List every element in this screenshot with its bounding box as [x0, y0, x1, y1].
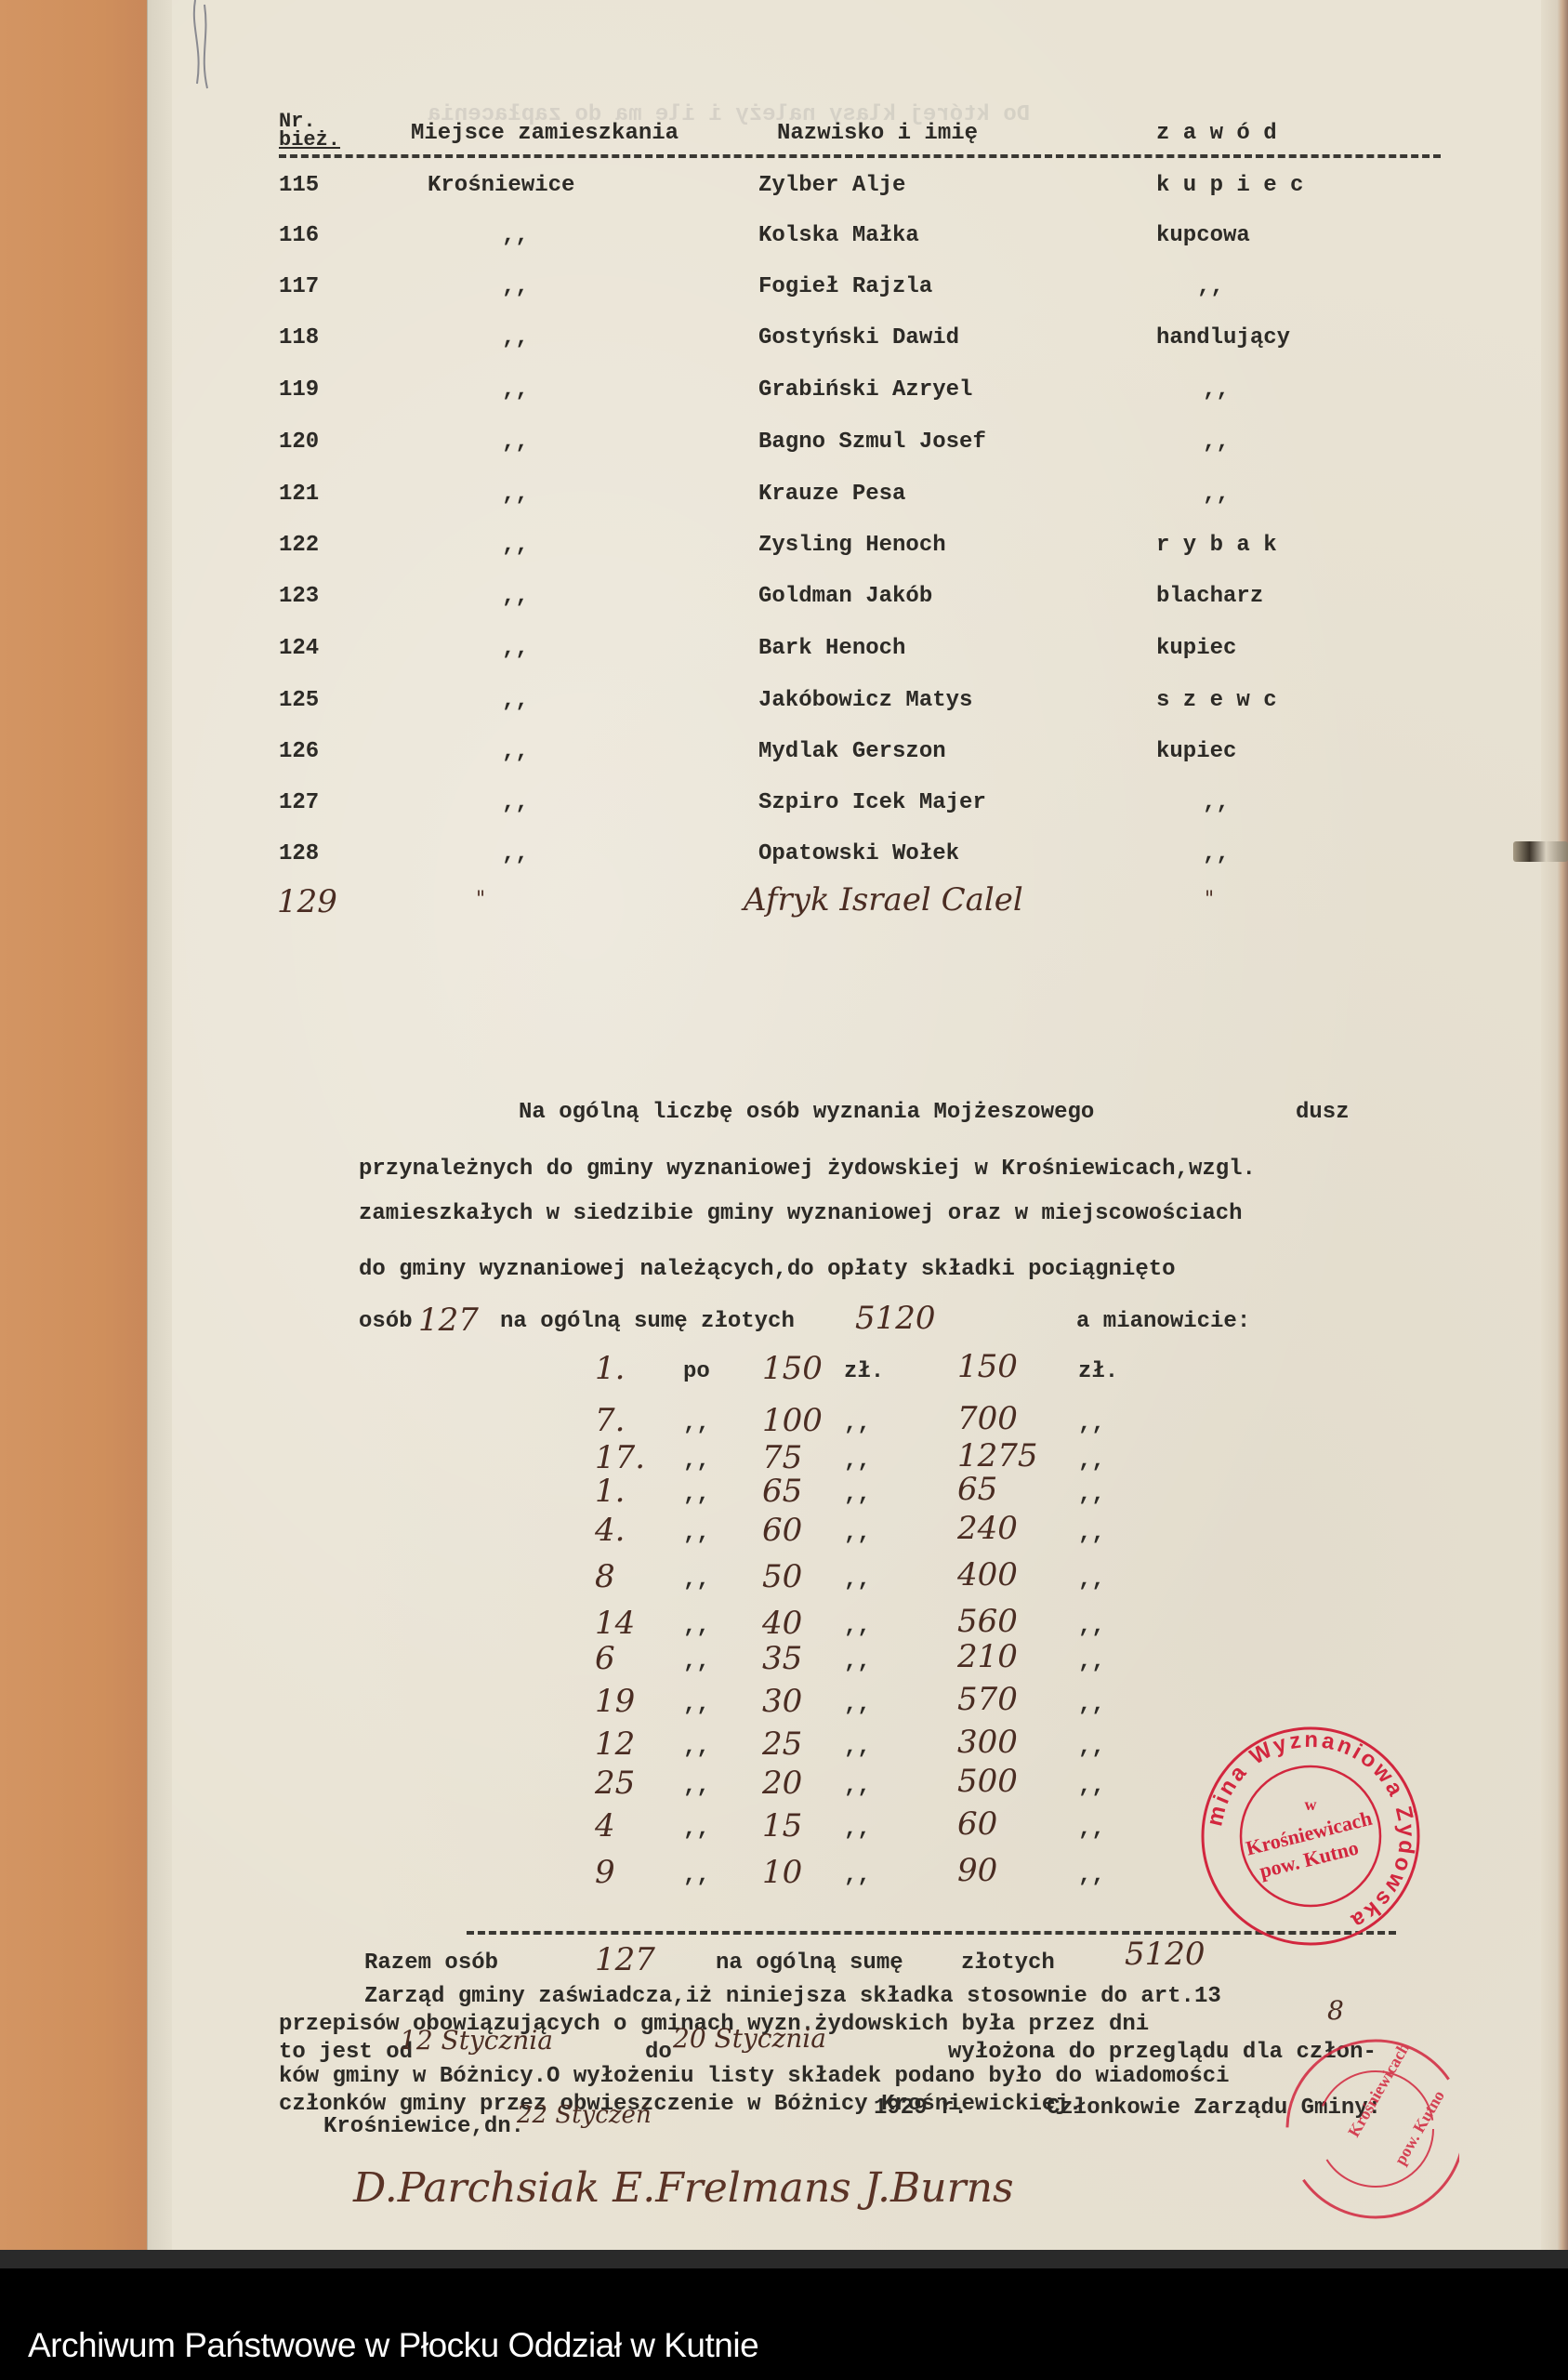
row-nr: 116 — [279, 223, 319, 248]
total-currency: złotych — [961, 1950, 1055, 1976]
breakdown-po: ,, — [683, 1817, 710, 1842]
cert-place-date: Krośniewice,dn. — [323, 2114, 524, 2139]
row-residence: ,, — [502, 325, 529, 350]
breakdown-total: 210 — [957, 1638, 1018, 1675]
total-mid: na ogólną sumę — [716, 1950, 903, 1976]
breakdown-po: po — [683, 1359, 710, 1384]
row-occupation: ,, — [1197, 274, 1224, 299]
breakdown-zl: ,, — [844, 1448, 871, 1474]
row-nr: 123 — [279, 584, 319, 609]
breakdown-rate: 35 — [762, 1640, 802, 1677]
row-name: Grabiński Azryel — [758, 377, 972, 403]
binder-cover — [0, 0, 149, 2264]
breakdown-count: 8 — [595, 1558, 615, 1595]
breakdown-po: ,, — [683, 1863, 710, 1888]
row-occupation: kupcowa — [1156, 223, 1250, 248]
corner-pencil-mark — [177, 0, 223, 93]
total-sum: 5120 — [1125, 1936, 1206, 1973]
breakdown-zl-total: zł. — [1078, 1359, 1118, 1384]
breakdown-count: 19 — [595, 1683, 635, 1720]
total-persons: 127 — [595, 1941, 655, 1978]
header-name: Nazwisko i imię — [777, 121, 978, 146]
breakdown-rate: 60 — [762, 1512, 802, 1549]
breakdown-zl: ,, — [844, 1482, 871, 1507]
breakdown-rate: 75 — [762, 1439, 802, 1476]
breakdown-zl: ,, — [844, 1735, 871, 1760]
row-residence: ,, — [502, 790, 529, 815]
summary-line: zamieszkałych w siedzibie gminy wyznanio… — [359, 1201, 1243, 1226]
row-name: Szpiro Icek Majer — [758, 790, 986, 815]
row-residence: ,, — [502, 584, 529, 609]
breakdown-rate: 150 — [762, 1350, 823, 1387]
breakdown-po: ,, — [683, 1448, 710, 1474]
row-name: Opatowski Wołek — [758, 841, 959, 866]
signatures: D.Parchsiak E.Frelmans J.Burns — [353, 2164, 1014, 2212]
breakdown-po: ,, — [683, 1614, 710, 1639]
breakdown-count: 4. — [595, 1512, 625, 1549]
row-residence: ,, — [502, 688, 529, 713]
row-residence: ,, — [502, 377, 529, 403]
row-residence: Krośniewice — [428, 173, 574, 198]
cert-line: to jest od — [279, 2040, 413, 2065]
svg-text:Krośniewicach: Krośniewicach — [1344, 2040, 1413, 2140]
breakdown-count: 1. — [595, 1350, 625, 1387]
breakdown-po: ,, — [683, 1411, 710, 1436]
breakdown-zl: ,, — [844, 1521, 871, 1546]
row-residence: ,, — [502, 223, 529, 248]
row-residence: " — [476, 888, 485, 911]
breakdown-total: 240 — [957, 1510, 1018, 1547]
summary-line: osób — [359, 1309, 413, 1334]
row-occupation: r y b a k — [1156, 533, 1277, 558]
row-occupation: " — [1205, 888, 1214, 911]
breakdown-rate: 40 — [762, 1605, 802, 1642]
breakdown-rate: 20 — [762, 1765, 802, 1802]
breakdown-zl: ,, — [844, 1649, 871, 1674]
summary-line: do gminy wyznaniowej należących,do opłat… — [359, 1257, 1176, 1282]
breakdown-rate: 15 — [762, 1807, 802, 1844]
row-nr: 122 — [279, 533, 319, 558]
row-name: Bark Henoch — [758, 636, 905, 661]
row-residence: ,, — [502, 430, 529, 455]
breakdown-zl: ,, — [844, 1863, 871, 1888]
breakdown-zl-total: ,, — [1078, 1614, 1105, 1639]
breakdown-zl: ,, — [844, 1817, 871, 1842]
row-occupation: ,, — [1203, 377, 1230, 403]
breakdown-total: 60 — [957, 1805, 997, 1843]
breakdown-count: 4 — [595, 1807, 615, 1844]
breakdown-zl-total: ,, — [1078, 1448, 1105, 1474]
breakdown-total: 65 — [957, 1471, 997, 1508]
row-nr: 126 — [279, 739, 319, 764]
row-name: Mydlak Gerszon — [758, 739, 946, 764]
row-name: Bagno Szmul Josef — [758, 430, 986, 455]
breakdown-total: 700 — [957, 1400, 1018, 1437]
breakdown-zl-total: ,, — [1078, 1649, 1105, 1674]
breakdown-po: ,, — [683, 1567, 710, 1593]
row-nr: 120 — [279, 430, 319, 455]
row-residence: ,, — [502, 533, 529, 558]
summary-line: Na ogólną liczbę osób wyznania Mojżeszow… — [519, 1100, 1094, 1125]
row-nr: 117 — [279, 274, 319, 299]
breakdown-count: 7. — [595, 1402, 625, 1439]
breakdown-zl-total: ,, — [1078, 1567, 1105, 1593]
row-name: Zysling Henoch — [758, 533, 946, 558]
row-name: Kolska Małka — [758, 223, 919, 248]
breakdown-po: ,, — [683, 1482, 710, 1507]
breakdown-total: 150 — [957, 1348, 1018, 1385]
breakdown-count: 14 — [595, 1605, 635, 1642]
breakdown-total: 570 — [957, 1681, 1018, 1718]
breakdown-rate: 65 — [762, 1473, 802, 1510]
row-occupation: kupiec — [1156, 739, 1236, 764]
breakdown-zl: zł. — [844, 1359, 884, 1384]
breakdown-total: 500 — [957, 1763, 1018, 1800]
cert-date-hand: 22 Styczeń — [517, 2101, 652, 2129]
svg-text:pow. Kutno: pow. Kutno — [1390, 2087, 1448, 2168]
total-sum: 5120 — [855, 1300, 936, 1337]
binding-clip — [1513, 841, 1568, 862]
row-occupation: ,, — [1203, 482, 1230, 507]
row-occupation: ,, — [1203, 790, 1230, 815]
row-name: Afryk Israel Calel — [744, 881, 1023, 919]
row-name: Jakóbowicz Matys — [758, 688, 972, 713]
breakdown-rate: 100 — [762, 1402, 823, 1439]
row-residence: ,, — [502, 274, 529, 299]
cert-line: Zarząd gminy zaświadcza,iż niniejsza skł… — [364, 1984, 1221, 2009]
breakdown-total: 90 — [957, 1852, 997, 1889]
breakdown-zl-total: ,, — [1078, 1411, 1105, 1436]
official-stamp: Gmina Wyznaniowa Żydowska w Krośniewicac… — [1199, 1725, 1422, 1948]
breakdown-zl: ,, — [844, 1614, 871, 1639]
archive-credit: Archiwum Państwowe w Płocku Oddział w Ku… — [28, 2326, 758, 2365]
header-occupation: z a w ó d — [1156, 121, 1277, 146]
row-nr: 125 — [279, 688, 319, 713]
row-nr: 119 — [279, 377, 319, 403]
row-nr: 124 — [279, 636, 319, 661]
breakdown-count: 9 — [595, 1854, 615, 1891]
breakdown-count: 6 — [595, 1640, 615, 1677]
row-residence: ,, — [502, 841, 529, 866]
header-residence: Miejsce zamieszkania — [411, 121, 679, 146]
header-divider — [279, 154, 1441, 158]
summary-line: a mianowicie: — [1076, 1309, 1250, 1334]
breakdown-total: 400 — [957, 1556, 1018, 1593]
breakdown-zl: ,, — [844, 1692, 871, 1717]
breakdown-count: 12 — [595, 1725, 635, 1763]
breakdown-po: ,, — [683, 1692, 710, 1717]
summary-line: przynależnych do gminy wyznaniowej żydow… — [359, 1157, 1256, 1182]
row-occupation: k u p i e c — [1156, 173, 1303, 198]
cert-date-from: 12 Stycznia — [400, 2025, 553, 2056]
breakdown-po: ,, — [683, 1521, 710, 1546]
row-nr: 129 — [277, 883, 337, 920]
breakdown-zl-total: ,, — [1078, 1863, 1105, 1888]
row-occupation: blacharz — [1156, 584, 1263, 609]
row-occupation: ,, — [1203, 430, 1230, 455]
row-residence: ,, — [502, 636, 529, 661]
footer-bar: Archiwum Państwowe w Płocku Oddział w Ku… — [0, 2268, 1568, 2380]
row-nr: 127 — [279, 790, 319, 815]
breakdown-zl-total: ,, — [1078, 1774, 1105, 1799]
row-name: Krauze Pesa — [758, 482, 905, 507]
cert-year: 1929 r. — [874, 2096, 968, 2121]
header-biez: bież. — [279, 128, 340, 152]
breakdown-rate: 30 — [762, 1683, 802, 1720]
row-name: Gostyński Dawid — [758, 325, 959, 350]
row-residence: ,, — [502, 482, 529, 507]
official-stamp-partial: Krośniewicach pow. Kutno — [1273, 1980, 1459, 2278]
breakdown-rate: 10 — [762, 1854, 802, 1891]
row-nr: 128 — [279, 841, 319, 866]
breakdown-po: ,, — [683, 1649, 710, 1674]
persons-count: 127 — [418, 1302, 479, 1339]
summary-line: dusz — [1296, 1100, 1350, 1125]
total-label: Razem osób — [364, 1950, 498, 1976]
breakdown-count: 1. — [595, 1473, 625, 1510]
row-occupation: ,, — [1203, 841, 1230, 866]
page-right-edge — [1541, 0, 1568, 2264]
stamp-w: w — [1305, 1795, 1317, 1814]
row-occupation: kupiec — [1156, 636, 1236, 661]
row-name: Zylber Alje — [758, 173, 905, 198]
page-bottom-edge — [0, 2250, 1568, 2268]
row-name: Goldman Jakób — [758, 584, 932, 609]
breakdown-count: 17. — [595, 1439, 645, 1476]
cert-line: ków gminy w Bóżnicy.O wyłożeniu listy sk… — [279, 2064, 1230, 2089]
breakdown-po: ,, — [683, 1735, 710, 1760]
row-residence: ,, — [502, 739, 529, 764]
breakdown-total: 1275 — [957, 1437, 1038, 1474]
breakdown-zl: ,, — [844, 1567, 871, 1593]
cert-date-to: 20 Stycznia — [673, 2023, 826, 2054]
breakdown-total: 560 — [957, 1603, 1018, 1640]
cert-line: do — [645, 2040, 672, 2065]
breakdown-zl: ,, — [844, 1774, 871, 1799]
breakdown-zl-total: ,, — [1078, 1735, 1105, 1760]
row-nr: 121 — [279, 482, 319, 507]
row-nr: 115 — [279, 173, 319, 198]
breakdown-zl: ,, — [844, 1411, 871, 1436]
row-occupation: s z e w c — [1156, 688, 1277, 713]
breakdown-rate: 25 — [762, 1725, 802, 1763]
summary-line: na ogólną sumę złotych — [500, 1309, 795, 1334]
row-nr: 118 — [279, 325, 319, 350]
row-name: Fogieł Rajzla — [758, 274, 932, 299]
breakdown-count: 25 — [595, 1765, 635, 1802]
breakdown-zl-total: ,, — [1078, 1521, 1105, 1546]
breakdown-zl-total: ,, — [1078, 1692, 1105, 1717]
breakdown-po: ,, — [683, 1774, 710, 1799]
row-occupation: handlujący — [1156, 325, 1290, 350]
breakdown-rate: 50 — [762, 1558, 802, 1595]
breakdown-zl-total: ,, — [1078, 1817, 1105, 1842]
breakdown-total: 300 — [957, 1724, 1018, 1761]
breakdown-zl-total: ,, — [1078, 1482, 1105, 1507]
